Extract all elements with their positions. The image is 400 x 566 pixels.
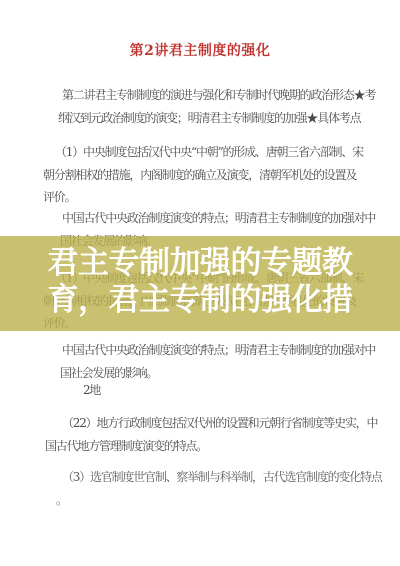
paragraph-exam-outline: 第二讲君主专制制度的演进与强化和专制时代晚期的政治形态★考 纲汉到元政治制度的演… (58, 84, 375, 129)
paragraph-official-selection: （3）选官制度世官制、察举制与科举制，古代选官制度的变化特点 。 (56, 466, 382, 511)
paragraph-2di-fragment: 2地 (83, 379, 100, 402)
paragraph-local-administration: （22）地方行政制度包括汉代州的设置和元朝行省制度等史实，中 国古代地方管理制度… (45, 412, 377, 457)
watermark-text: 君主专制加强的专题教 育，君主专制的强化措 (0, 245, 400, 318)
paragraph-evolution-features-2: 中国古代中央政治制度演变的特点；明清君主专制制度的加强对中 国社会发展的影响。 (60, 339, 375, 384)
document-page: 第2讲君主制度的强化 第二讲君主专制制度的演进与强化和专制时代晚期的政治形态★考… (0, 0, 400, 566)
paragraph-central-institutions-1: （1）中央制度包括汉代中央“中朝”的形成、唐朝三省六部制、宋 朝分割相权的措施，… (43, 141, 363, 209)
document-title: 第2讲君主制度的强化 (0, 40, 400, 60)
